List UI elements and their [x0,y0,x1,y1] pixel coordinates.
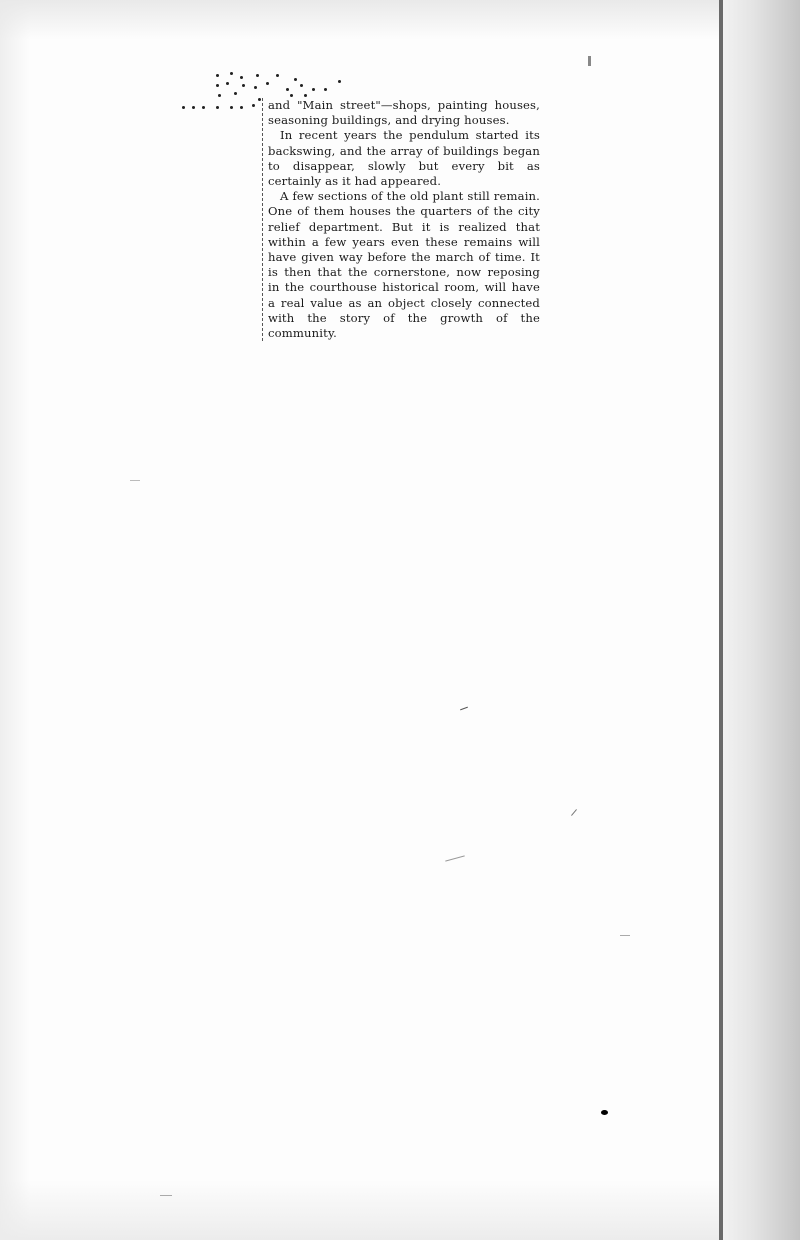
ink-speck [588,56,591,66]
ink-speck [460,707,468,711]
ink-speck [445,855,465,861]
paper-edge-bottom [0,1180,800,1240]
paper-edge-left [0,0,30,1240]
article-paragraph: and "Main street"—shops, painting houses… [268,98,540,128]
article-paragraph: In recent years the pendulum started its… [268,128,540,189]
ink-speck [620,935,630,936]
article-column: and "Main street"—shops, painting houses… [262,98,540,341]
paper-edge-top [0,0,800,40]
ink-speck [130,480,140,481]
page-border-rule [719,0,723,1240]
paper-edge-right [722,0,800,1240]
ink-speck [601,1110,608,1115]
scanned-newspaper-page: and "Main street"—shops, painting houses… [0,0,800,1240]
article-paragraph: A few sections of the old plant still re… [268,189,540,341]
ink-speck [160,1195,172,1196]
ink-speck [571,809,577,816]
